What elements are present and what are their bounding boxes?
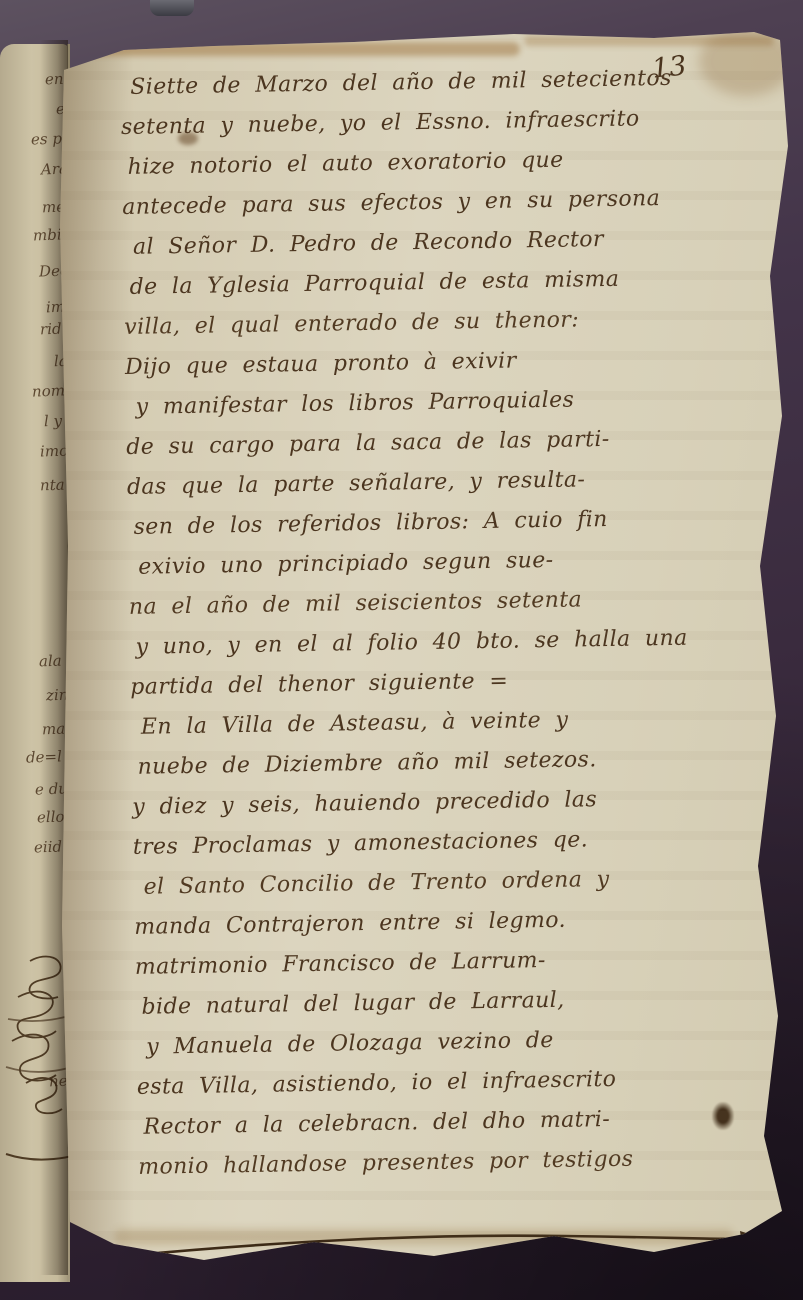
manuscript-line: y manifestar los libros Parroquiales	[125, 377, 776, 428]
manuscript-line: el Santo Concilio de Trento ordena y	[133, 857, 784, 908]
manuscript-line: nuebe de Diziembre año mil setezos.	[131, 737, 782, 788]
manuscript-line: y diez y seis, hauiendo precedido las	[132, 777, 783, 828]
corner-stain	[699, 26, 794, 96]
manuscript-line: de su cargo para la saca de las parti-	[126, 417, 777, 468]
arrowhead	[740, 1231, 762, 1246]
manuscript-line: bide natural del lugar de Larraul,	[135, 977, 786, 1028]
manuscript-line: monio hallandose presentes por testigos	[138, 1137, 789, 1188]
manuscript-line: Siette de Marzo del año de mil setecient…	[120, 57, 771, 108]
manuscript-line: das que la parte señalare, y resulta-	[127, 457, 778, 508]
manuscript-line: esta Villa, asistiendo, io el infraescri…	[137, 1057, 788, 1108]
manuscript-line: Rector a la celebracn. del dho matri-	[137, 1097, 788, 1148]
manuscript-line: al Señor D. Pedro de Recondo Rector	[123, 217, 774, 268]
book-clamp	[150, 0, 194, 16]
manuscript-line: villa, el qual enterado de su thenor:	[124, 297, 775, 348]
ink-spot	[178, 132, 198, 145]
page-number: 13	[650, 50, 687, 84]
top-edge-stain	[90, 42, 520, 56]
manuscript-line: partida del thenor siguiente =	[130, 657, 781, 708]
bottom-flourish-line	[114, 1194, 780, 1266]
manuscript-line: y uno, y en el al folio 40 bto. se halla…	[129, 617, 780, 668]
manuscript-line: tres Proclamas y amonestaciones qe.	[133, 817, 784, 868]
manuscript-text: Siette de Marzo del año de mil setecient…	[120, 57, 788, 1188]
bottom-edge-stain	[114, 1229, 734, 1245]
manuscript-line: setenta y nuebe, yo el Essno. infraescri…	[121, 97, 772, 148]
photo-backdrop: enlees pAramembiDecimridlanoml yimontaal…	[0, 0, 803, 1300]
manuscript-line: exivio uno principiado segun sue-	[128, 537, 779, 588]
manuscript-line: antecede para sus efectos y en su person…	[122, 177, 773, 228]
top-edge-stain	[524, 36, 774, 46]
manuscript-page: 13 Siette de Marzo del año de mil seteci…	[54, 26, 794, 1271]
manuscript-line: na el año de mil seiscientos setenta	[129, 577, 780, 628]
manuscript-line: hize notorio el auto exoratorio que	[121, 137, 772, 188]
manuscript-line: En la Villa de Asteasu, à veinte y	[131, 697, 782, 748]
manuscript-line: Dijo que estaua pronto à exivir	[125, 337, 776, 388]
manuscript-line: manda Contrajeron entre si legmo.	[134, 897, 785, 948]
manuscript-line: de la Yglesia Parroquial de esta misma	[123, 257, 774, 308]
manuscript-line: matrimonio Francisco de Larrum-	[135, 937, 786, 988]
manuscript-line: sen de los referidos libros: A cuio fin	[127, 497, 778, 548]
manuscript-line: y Manuela de Olozaga vezino de	[136, 1017, 787, 1068]
ink-blot	[712, 1102, 734, 1130]
